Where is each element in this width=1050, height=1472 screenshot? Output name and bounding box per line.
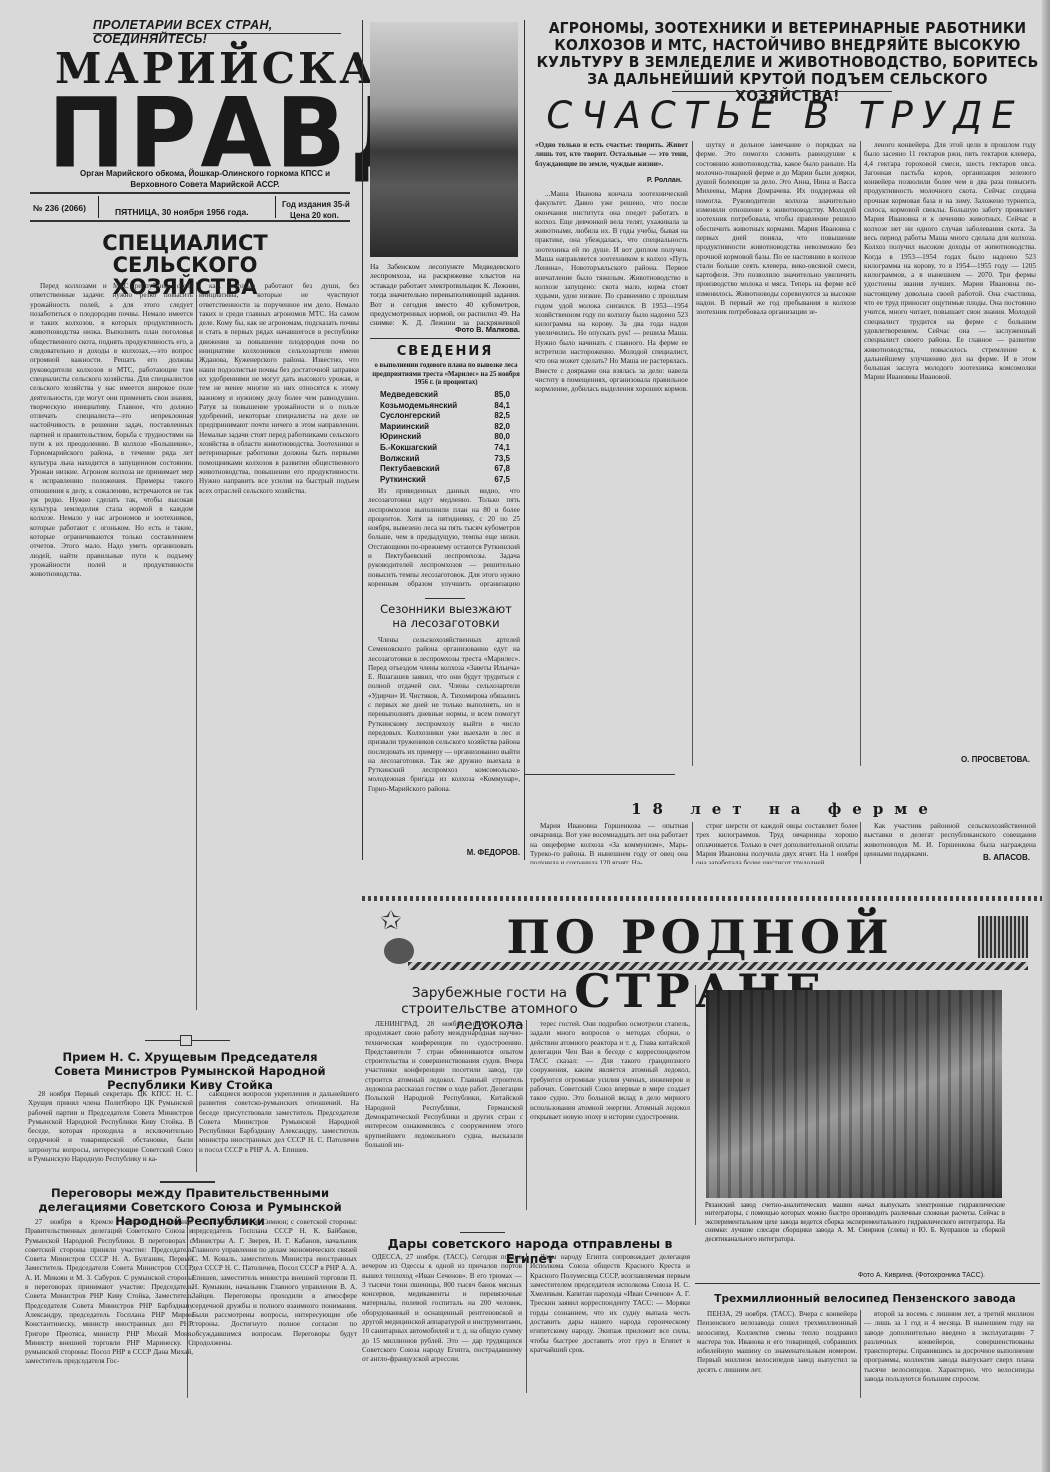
column-rule bbox=[526, 1020, 527, 1210]
issue-rule-bottom bbox=[30, 220, 350, 222]
schastye-epigraph: «Одно только и есть счастье: творить. Жи… bbox=[535, 141, 688, 181]
rubric-banner: ✩ ПО РОДНОЙ СТРАНЕ bbox=[368, 904, 1040, 974]
khrushchev-text: сающиеся вопросов укрепления и дальнейше… bbox=[199, 1090, 359, 1155]
schastye-author: О. ПРОСВЕТОВА. bbox=[900, 755, 1030, 764]
section-rule bbox=[525, 774, 675, 775]
column-rule bbox=[362, 20, 363, 860]
plan-percent: 85,0 bbox=[494, 390, 510, 401]
enterprise-name: Руткинский bbox=[380, 475, 426, 486]
egypt-col2: Дары народу Египта сопровождает делегаци… bbox=[530, 1253, 690, 1393]
icebreaker-col2: терес гостей. Они подробно осмотрели ста… bbox=[530, 1020, 690, 1210]
svedeniya-subtitle: о выполнении годового плана по вывозке л… bbox=[372, 362, 520, 388]
plan-percent: 73,5 bbox=[494, 454, 510, 465]
star-icon: ✩ bbox=[380, 906, 402, 936]
column-rule bbox=[695, 985, 696, 1225]
table-row: Б.-Кокшагский74,1 bbox=[380, 443, 510, 454]
sezonniki-text: Члены сельскохозяйственных артелей Семен… bbox=[368, 636, 520, 856]
bicycle-col1: ПЕНЗА, 29 ноября. (ТАСС). Вчера с конвей… bbox=[697, 1310, 857, 1398]
khrushchev-text: 28 ноября Первый секретарь ЦК КПСС Н. С.… bbox=[28, 1090, 193, 1164]
svedeniya-table: Медведевский85,0Козьмодемьянский84,1Сусл… bbox=[380, 390, 510, 485]
schastye-col2: шутку и дельное замечание о порядках на … bbox=[696, 141, 856, 766]
ornament-box bbox=[180, 1035, 192, 1046]
svedeniya-text: Из приведенных данных видно, что лесозаг… bbox=[368, 487, 520, 587]
table-row: Руткинский67,5 bbox=[380, 475, 510, 486]
plan-percent: 84,1 bbox=[494, 401, 510, 412]
slogan: АГРОНОМЫ, ЗООТЕХНИКИ И ВЕТЕРИНАРНЫЕ РАБО… bbox=[535, 20, 1040, 105]
photo-factory-credit: Фото А. Киврина. (Фотохроника ТАСС). bbox=[740, 1272, 985, 1279]
icebreaker-col1: ЛЕНИНГРАД, 28 ноября. (ТАСС). Здесь прод… bbox=[365, 1020, 523, 1210]
table-row: Пектубаевский67,8 bbox=[380, 464, 510, 475]
column-rule bbox=[692, 822, 693, 864]
plan-percent: 80,0 bbox=[494, 432, 510, 443]
svedeniya-title: СВЕДЕНИЯ bbox=[370, 344, 520, 359]
issue-rule-top bbox=[30, 192, 350, 194]
year-of-publication: Год издания 35-й bbox=[282, 200, 350, 209]
masthead: ПРОЛЕТАРИИ ВСЕХ СТРАН, СОЕДИНЯЙТЕСЬ! МАР… bbox=[0, 0, 360, 235]
motto-rule bbox=[93, 33, 341, 34]
section-rule bbox=[370, 338, 520, 339]
motto: ПРОЛЕТАРИИ ВСЕХ СТРАН, СОЕДИНЯЙТЕСЬ! bbox=[93, 18, 343, 46]
eighteen-col1: Мария Ивановна Горшенкова — опытная овча… bbox=[530, 822, 688, 864]
enterprise-name: Мариинский bbox=[380, 422, 429, 433]
eighteen-col2: стриг шерсти от каждой овцы составляет б… bbox=[696, 822, 858, 864]
schastye-col3: леного конвейера. Для этой цели в прошло… bbox=[864, 141, 1036, 753]
column-rule bbox=[187, 1218, 188, 1398]
eighteen-author: В. АПАСОВ. bbox=[940, 853, 1030, 862]
sezonniki-title: Сезонники выезжают на лесозаготовки bbox=[372, 602, 520, 630]
enterprise-name: Козьмодемьянский bbox=[380, 401, 457, 412]
column-rule bbox=[860, 141, 861, 766]
photo-factory-caption: Рязанский завод счетно-аналитических маш… bbox=[705, 1202, 1005, 1252]
editorial-col2: ках, которые работают без души, без иниц… bbox=[199, 282, 359, 1010]
table-row: Юринский80,0 bbox=[380, 432, 510, 443]
plan-percent: 74,1 bbox=[494, 443, 510, 454]
schastye-col1: ...Маша Иванова кончала зоотехнический ф… bbox=[535, 190, 688, 765]
section-rule bbox=[160, 1181, 215, 1183]
issue-number: № 236 (2066) bbox=[33, 203, 86, 213]
column-rule bbox=[196, 282, 197, 1010]
negotiations-col1: 27 ноября в Кремле состоялось заседание … bbox=[25, 1218, 193, 1398]
table-row: Медведевский85,0 bbox=[380, 390, 510, 401]
photo-factory bbox=[706, 990, 1002, 1198]
factory-icon bbox=[978, 916, 1028, 958]
table-row: Мариинский82,0 bbox=[380, 422, 510, 433]
section-rule bbox=[425, 598, 465, 599]
table-row: Козьмодемьянский84,1 bbox=[380, 401, 510, 412]
column-rule bbox=[860, 822, 861, 864]
negotiations-col2: плана РНР Цейгер Симион; с советской сто… bbox=[192, 1218, 357, 1398]
column-rule bbox=[860, 1310, 861, 1398]
table-row: Суслонгерский82,5 bbox=[380, 411, 510, 422]
price: Цена 20 коп. bbox=[290, 211, 339, 220]
column-rule bbox=[692, 141, 693, 766]
enterprise-name: Волжский bbox=[380, 454, 419, 465]
schastye-title: СЧАСТЬЕ В ТРУДЕ bbox=[535, 94, 1035, 137]
khrushchev-col2: сающиеся вопросов укрепления и дальнейше… bbox=[199, 1090, 359, 1175]
section-rule bbox=[695, 1283, 1040, 1284]
plan-percent: 67,5 bbox=[494, 475, 510, 486]
bicycle-col2: второй за восемь с лишним лет, а третий … bbox=[864, 1310, 1034, 1398]
editorial-text: Перед колхозами и МТС республики стоят о… bbox=[30, 282, 193, 580]
photo-logger-caption: На Забенском лесопункте Медведевского ле… bbox=[370, 262, 520, 330]
editorial-text: ках, которые работают без души, без иниц… bbox=[199, 282, 359, 496]
issue-date: ПЯТНИЦА, 30 ноября 1956 года. bbox=[115, 207, 249, 217]
publisher-line: Орган Марийского обкома, Йошкар-Олинског… bbox=[80, 168, 330, 190]
khrushchev-title: Прием Н. С. Хрущевым Председателя Совета… bbox=[45, 1050, 335, 1092]
eighteen-title: 18 лет на ферме bbox=[535, 800, 1035, 818]
plan-percent: 67,8 bbox=[494, 464, 510, 475]
issue-divider bbox=[98, 196, 99, 218]
slogan-rule bbox=[672, 91, 892, 92]
editorial-col1: Перед колхозами и МТС республики стоят о… bbox=[30, 282, 193, 1010]
egypt-col1: ОДЕССА, 27 ноября. (ТАСС). Сегодня поздн… bbox=[362, 1253, 522, 1393]
enterprise-name: Б.-Кокшагский bbox=[380, 443, 437, 454]
negotiations-text: 27 ноября в Кремле состоялось заседание … bbox=[25, 1218, 193, 1367]
section-rule bbox=[460, 1232, 505, 1233]
enterprise-name: Суслонгерский bbox=[380, 411, 440, 422]
enterprise-name: Медведевский bbox=[380, 390, 438, 401]
banner-hatch bbox=[408, 962, 1028, 970]
column-rule bbox=[524, 20, 525, 860]
khrushchev-col1: 28 ноября Первый секретарь ЦК КПСС Н. С.… bbox=[28, 1090, 193, 1175]
hammer-sickle-icon bbox=[384, 938, 414, 964]
enterprise-name: Юринский bbox=[380, 432, 421, 443]
plan-percent: 82,5 bbox=[494, 411, 510, 422]
page-edge bbox=[1042, 0, 1050, 1472]
sezonniki-author: М. ФЕДОРОВ. bbox=[440, 848, 520, 857]
photo-logger bbox=[370, 22, 518, 257]
wavy-rule bbox=[362, 896, 1042, 901]
enterprise-name: Пектубаевский bbox=[380, 464, 440, 475]
plan-percent: 82,0 bbox=[494, 422, 510, 433]
table-row: Волжский73,5 bbox=[380, 454, 510, 465]
bicycle-title: Трехмиллионный велосипед Пензенского зав… bbox=[700, 1293, 1030, 1305]
column-rule bbox=[196, 1090, 197, 1172]
issue-divider bbox=[275, 196, 276, 218]
schastye-epigraph-author: Р. Роллан. bbox=[600, 177, 682, 184]
column-rule bbox=[526, 1253, 527, 1393]
negotiations-text: плана РНР Цейгер Симион; с советской сто… bbox=[192, 1218, 357, 1348]
photo-logger-credit: Фото В. Малкова. bbox=[370, 325, 520, 334]
